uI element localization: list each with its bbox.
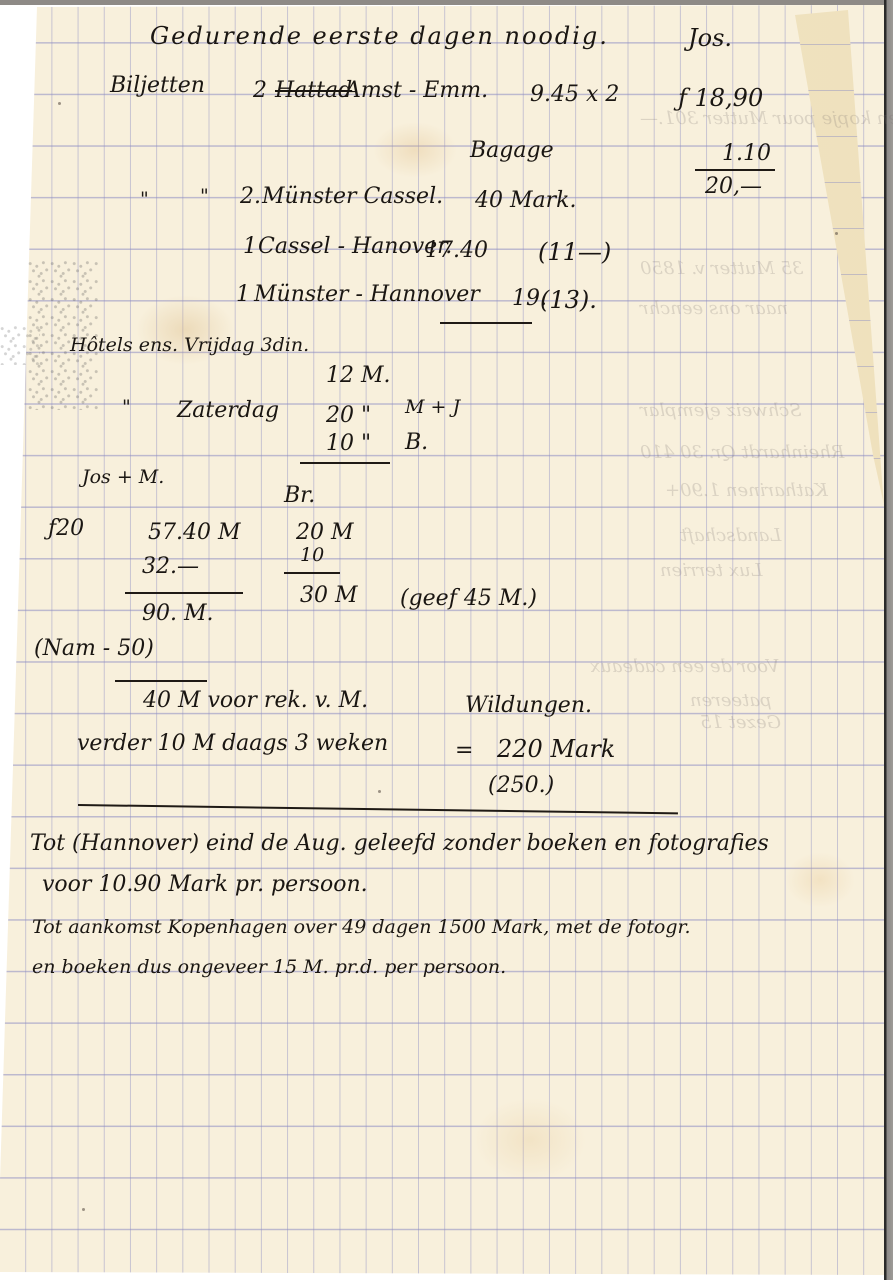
bleed-through-text: Schweiz ejemplar [640, 400, 802, 421]
bleed-through-text: Katharinen 1.90+ [665, 480, 828, 501]
ticket-line1-count: 2 [253, 80, 267, 102]
bleed-through-text: Gezet 15 [700, 712, 781, 733]
ticket-line4-alt: (13). [540, 288, 597, 312]
sum-rule [284, 572, 340, 574]
stay-text: verder 10 M daags 3 weken [77, 733, 388, 755]
split-col2-note: (geef 45 M.) [400, 588, 537, 610]
ticket-line2-route: Münster Cassel. [262, 186, 443, 208]
bleed-through-text: Voor de een cadeaux [590, 656, 779, 677]
ink-speckle-cluster [0, 325, 40, 365]
stay-alt-total: (250.) [488, 775, 554, 797]
note-line-4: en boeken dus ongeveer 15 M. pr.d. per p… [32, 958, 506, 977]
split-col1-row1: 57.40 M [148, 522, 241, 544]
split-col2-header: Br. [284, 485, 315, 507]
bleed-through-text: naar ons eenchr [640, 298, 788, 319]
note-line-3: Tot aankomst Kopenhagen over 49 dagen 15… [32, 918, 691, 937]
split-destination: Wildungen. [465, 695, 592, 717]
ticket-line2-count: 2. [240, 186, 261, 208]
ticket-line1-route: Amst - Emm. [345, 80, 488, 102]
scan-top-border [0, 0, 893, 5]
ticket-line4-count: 1 [236, 284, 250, 306]
ticket-line3-count: 1 [243, 236, 257, 258]
note-line-2: voor 10.90 Mark pr. persoon. [42, 874, 368, 896]
split-col2-total: 30 M [300, 585, 358, 607]
bleed-through-text: Rheinhardt Qr. 30 410 [640, 442, 844, 463]
tickets-total: 20,— [705, 176, 762, 198]
split-col2-row1: 20 M [296, 522, 354, 544]
split-col1-row2: 32.— [142, 556, 199, 578]
ticket-line1-struck-word: Hattad [275, 80, 352, 102]
document-title: Gedurende eerste dagen noodig. [150, 24, 609, 48]
hotels-saturday-amount-1: 20 " [326, 405, 371, 427]
underline-rule [440, 322, 532, 324]
bleed-through-text: Landschaft [680, 525, 781, 546]
scan-right-border [884, 0, 893, 1280]
stay-total: 220 Mark [497, 737, 615, 761]
sum-rule [695, 169, 775, 171]
tickets-label: Biljetten [110, 75, 205, 97]
stay-equals: = [455, 740, 473, 762]
ticket-line3-alt: (11—) [538, 240, 611, 264]
split-guilders: ƒ20 [48, 518, 84, 540]
paper-speck [835, 232, 838, 235]
split-minus-label: (Nam - 50) [34, 638, 154, 660]
hotels-saturday-amount-2: 10 " [326, 433, 371, 455]
ditto-mark: " [122, 398, 131, 417]
split-remainder: 40 M voor rek. v. M. [143, 690, 368, 712]
paper-speck [378, 790, 381, 793]
split-col2-row2: 10 [300, 546, 324, 565]
paper-speck [82, 1208, 85, 1211]
hotels-label: Hôtels ens. Vrijdag 3din. [70, 336, 309, 355]
bleed-through-text: 35 Mutter v. 1850 [640, 258, 803, 279]
ditto-mark: " [140, 190, 149, 209]
ticket-line3-price: 17.40 [425, 240, 488, 262]
ticket-line4-route: Münster - Hannover [254, 284, 480, 306]
hotels-saturday-who-1: M + J [405, 398, 460, 417]
ticket-line2-price: 40 Mark. [475, 190, 576, 212]
bleed-through-text: Lux terrien [660, 560, 763, 581]
sum-rule [125, 592, 243, 594]
split-col1-header: Jos + M. [82, 468, 164, 487]
author-initials: Jos. [688, 26, 732, 50]
hotels-saturday-label: Zaterdag [177, 400, 279, 422]
hotels-friday-amount: 12 M. [326, 365, 391, 387]
ticket-line1-amount: ƒ 18,90 [678, 86, 763, 110]
hotels-saturday-who-2: B. [405, 432, 428, 454]
ditto-mark: " [200, 187, 209, 206]
note-line-1: Tot (Hannover) eind de Aug. geleefd zond… [30, 833, 769, 855]
paper-speck [58, 102, 61, 105]
sum-rule [115, 680, 207, 682]
baggage-label: Bagage [470, 140, 554, 162]
split-col1-total: 90. M. [142, 603, 214, 625]
ticket-line3-route: Cassel - Hanover. [258, 236, 452, 258]
sum-rule [300, 462, 390, 464]
baggage-amount: 1.10 [722, 143, 771, 165]
ticket-line1-price: 9.45 x 2 [530, 84, 619, 106]
bleed-through-text: pateeren [690, 690, 772, 711]
